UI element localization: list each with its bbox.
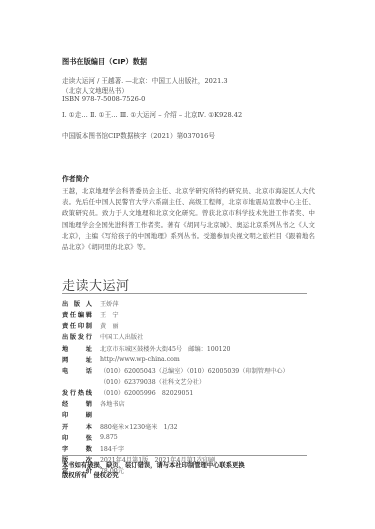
colophon-label: 地 址 (62, 344, 92, 353)
book-title: 走读大运河 (62, 275, 130, 294)
colophon-value: 184千字 (100, 444, 124, 453)
copyright-notice: 版权所有 侵权必究 (62, 470, 119, 479)
title-divider (62, 293, 307, 294)
cip-line-isbn: ISBN 978-7-5008-7526-0 (62, 95, 145, 103)
colophon-row-website: 网 址 http://www.wp-china.com (62, 354, 322, 365)
colophon-row-retailer: 经 销 各地书店 (62, 398, 322, 409)
cip-line-title: 走读大运河 / 王越著. —北京：中国工人出版社，2021.3 (62, 75, 228, 85)
colophon-value: （010）62379038（社科文艺分社） (100, 377, 205, 386)
colophon-row-publisher: 出 版 人 王娇萍 (62, 298, 322, 309)
colophon-value: 中国工人出版社 (100, 332, 143, 341)
colophon-label: 发行热线 (62, 388, 92, 397)
colophon-label: 电 话 (62, 366, 92, 375)
colophon-label: 印 刷 (62, 410, 92, 419)
colophon-row-address: 地 址 北京市东城区鼓楼外大街45号 邮编：100120 (62, 343, 322, 354)
notice-divider (62, 455, 307, 456)
author-heading: 作者简介 (62, 173, 89, 183)
colophon-label: 经 销 (62, 399, 92, 408)
colophon-row-printer: 印 刷 (62, 409, 322, 420)
colophon-label: 责任印制 (62, 321, 92, 330)
colophon-value: （010）62005043（总编室）（010）62005039（印制管理中心） (100, 366, 289, 375)
copyright-page: 图书在版编目（CIP）数据 走读大运河 / 王越著. —北京：中国工人出版社，2… (0, 0, 375, 529)
cip-record-number: 中国版本图书馆CIP数据核字（2021）第037016号 (62, 130, 215, 140)
colophon-label: 出 版 人 (62, 299, 92, 308)
cip-line-series: （北京人文地理丛书） (62, 85, 128, 95)
colophon-row-hotline: 发行热线 （010）62005996 82029051 (62, 387, 322, 398)
colophon-value: 王娇萍 (100, 299, 119, 308)
colophon-label: 开 本 (62, 422, 92, 431)
colophon-row-print-manager: 责任印制 黄 丽 (62, 320, 322, 331)
colophon-label: 出版发行 (62, 332, 92, 341)
colophon-label: 责任编辑 (62, 310, 92, 319)
colophon-value: 北京市东城区鼓楼外大街45号 邮编：100120 (100, 344, 231, 353)
colophon-value: 黄 丽 (100, 321, 119, 330)
author-bio: 王越，北京地理学会科普委员会主任、北京学研究所特约研究员、北京市海淀区人大代表。… (62, 186, 315, 253)
colophon-value: 9.875 (100, 434, 118, 441)
colophon-row-format: 开 本 880毫米×1230毫米 1/32 (62, 421, 322, 432)
colophon-value: 880毫米×1230毫米 1/32 (100, 422, 178, 431)
colophon-value: （010）62005996 82029051 (100, 388, 193, 397)
replacement-notice: 本书如有破损、缺页、装订错误，请与本社印制管理中心联系更换 (62, 460, 245, 469)
colophon-row-distribution: 出版发行 中国工人出版社 (62, 331, 322, 342)
colophon-row-word-count: 字 数 184千字 (62, 443, 322, 454)
colophon-row-phone-2: （010）62379038（社科文艺分社） (62, 376, 322, 387)
colophon-value: 王 宁 (100, 310, 119, 319)
colophon-label: 印 张 (62, 433, 92, 442)
colophon-label: 字 数 (62, 444, 92, 453)
colophon-table: 出 版 人 王娇萍 责任编辑 王 宁 责任印制 黄 丽 出版发行 中国工人出版社… (62, 298, 322, 476)
cip-heading: 图书在版编目（CIP）数据 (62, 57, 147, 67)
colophon-row-editor: 责任编辑 王 宁 (62, 309, 322, 320)
colophon-row-phone: 电 话 （010）62005043（总编室）（010）62005039（印制管理… (62, 365, 322, 376)
colophon-value: http://www.wp-china.com (100, 356, 180, 363)
colophon-value: 各地书店 (100, 399, 125, 408)
colophon-label: 网 址 (62, 355, 92, 364)
colophon-row-sheets: 印 张 9.875 (62, 432, 322, 443)
cip-classification: Ⅰ. ①走… Ⅱ. ①王… Ⅲ. ①大运河 – 介绍 – 北京Ⅳ. ①K928.… (62, 109, 242, 119)
